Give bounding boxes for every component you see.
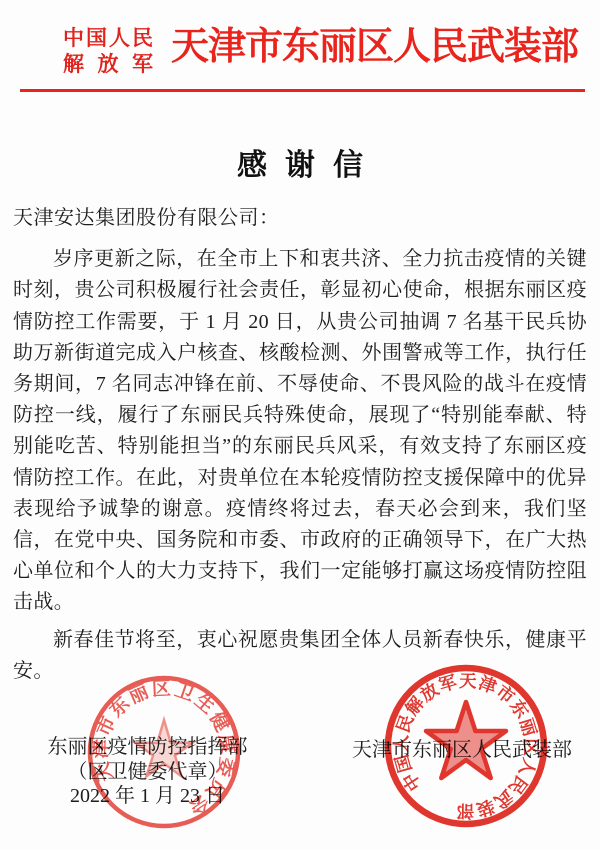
letter-page: 中国人民 解 放 军 天津市东丽区人民武装部 感谢信 天津安达集团股份有限公司：… <box>0 0 600 849</box>
letterhead: 中国人民 解 放 军 天津市东丽区人民武装部 <box>63 22 570 77</box>
signature-left-note: （区卫健委代章） <box>45 760 250 785</box>
signature-left-date: 2022 年 1 月 23 日 <box>45 784 250 809</box>
paragraph-1: 岁序更新之际，在全市上下和衷共济、全力抗击疫情的关键时刻，贵公司积极履行社会责任… <box>13 244 587 618</box>
salutation: 天津安达集团股份有限公司： <box>13 203 587 234</box>
org-small-line1: 中国人民 <box>63 25 153 51</box>
letter-title: 感谢信 <box>0 140 600 184</box>
signature-left-org: 东丽区疫情防控指挥部 <box>45 735 250 760</box>
signature-right: 天津市东丽区人民武装部 <box>348 738 576 762</box>
org-small-name: 中国人民 解 放 军 <box>63 25 153 77</box>
letterhead-divider <box>20 89 585 92</box>
signature-right-org: 天津市东丽区人民武装部 <box>348 738 576 762</box>
org-small-line2: 解 放 军 <box>63 51 153 77</box>
letter-body: 天津安达集团股份有限公司： 岁序更新之际，在全市上下和衷共济、全力抗击疫情的关键… <box>13 203 587 687</box>
org-title: 天津市东丽区人民武装部 <box>171 24 578 70</box>
paragraph-2: 新春佳节将至，衷心祝愿贵集团全体人员新春快乐，健康平安。 <box>13 625 587 687</box>
signature-left: 东丽区疫情防控指挥部 （区卫健委代章） 2022 年 1 月 23 日 <box>45 735 250 809</box>
